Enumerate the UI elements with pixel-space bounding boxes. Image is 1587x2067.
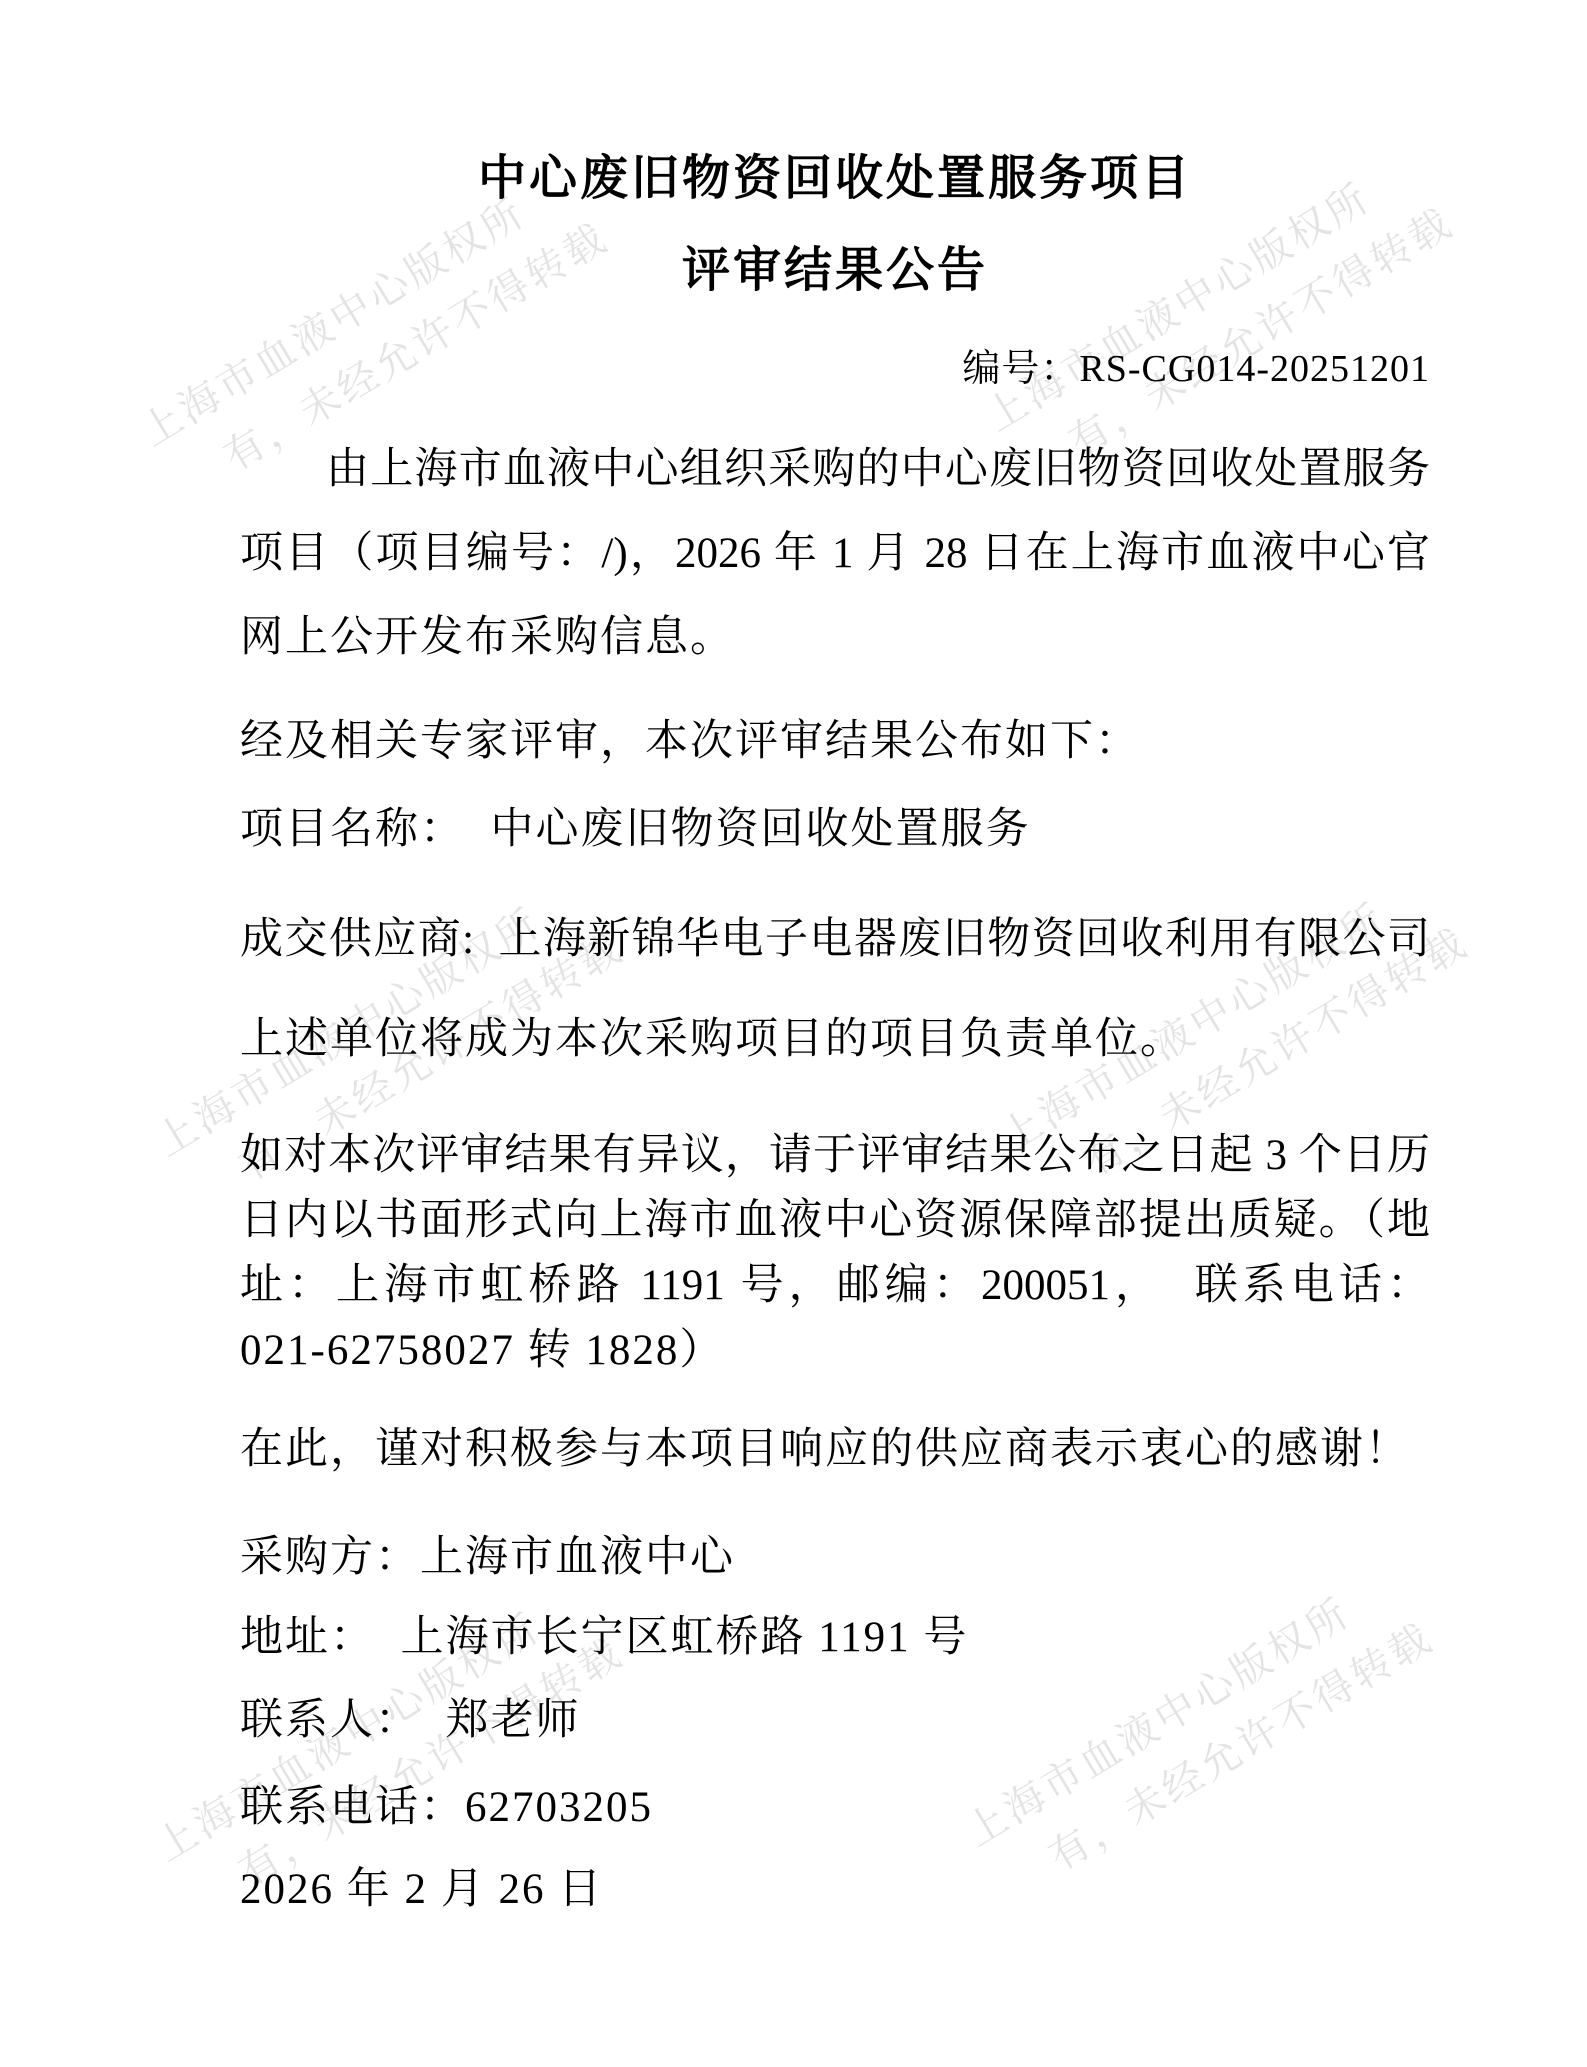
body-line-2: 项目（项目编号：/)，2026 年 1 月 28 日在上海市血液中心官 [240,528,1430,580]
document-page: 上海市血液中心版权所 有，未经允许不得转载 上海市血液中心版权所 有，未经允许不… [0,0,1587,2067]
watermark-line-2: 有，未经允许不得转载 [1056,192,1466,473]
body-line-4: 经及相关专家评审，本次评审结果公布如下： [240,716,1430,768]
body-line-8: 如对本次评审结果有异议，请于评审结果公布之日起 3 个日历 [240,1130,1430,1182]
body-line-6: 成交供应商: 上海新锦华电子电器废旧物资回收利用有限公司 [240,914,1430,966]
body-line-12: 在此，谨对积极参与本项目响应的供应商表示衷心的感谢！ [240,1424,1430,1476]
doc-title-line-2: 评审结果公告 [240,242,1430,300]
body-line-9: 日内以书面形式向上海市血液中心资源保障部提出质疑。（地 [240,1195,1430,1247]
body-line-11: 021-62758027 转 1828） [240,1325,1430,1377]
body-line-17: 2026 年 2 月 26 日 [240,1864,1430,1916]
doc-number: 编号：RS-CG014-20251201 [240,346,1430,392]
body-line-15: 联系人： 郑老师 [240,1695,1430,1747]
body-line-5: 项目名称： 中心废旧物资回收处置服务 [240,804,1430,856]
body-line-16: 联系电话：62703205 [240,1782,1430,1834]
body-line-7: 上述单位将成为本次采购项目的项目负责单位。 [240,1014,1430,1066]
body-line-1: 由上海市血液中心组织采购的中心废旧物资回收处置服务 [240,444,1430,496]
body-line-10: 址：上海市虹桥路 1191 号，邮编：200051， 联系电话： [240,1260,1430,1312]
body-line-14: 地址： 上海市长宁区虹桥路 1191 号 [240,1612,1430,1664]
body-line-3: 网上公开发布采购信息。 [240,612,1430,664]
body-line-13: 采购方：上海市血液中心 [240,1532,1430,1584]
watermark-line-1: 上海市血液中心版权所 [989,857,1449,1168]
doc-title-line-1: 中心废旧物资回收处置服务项目 [240,150,1430,208]
